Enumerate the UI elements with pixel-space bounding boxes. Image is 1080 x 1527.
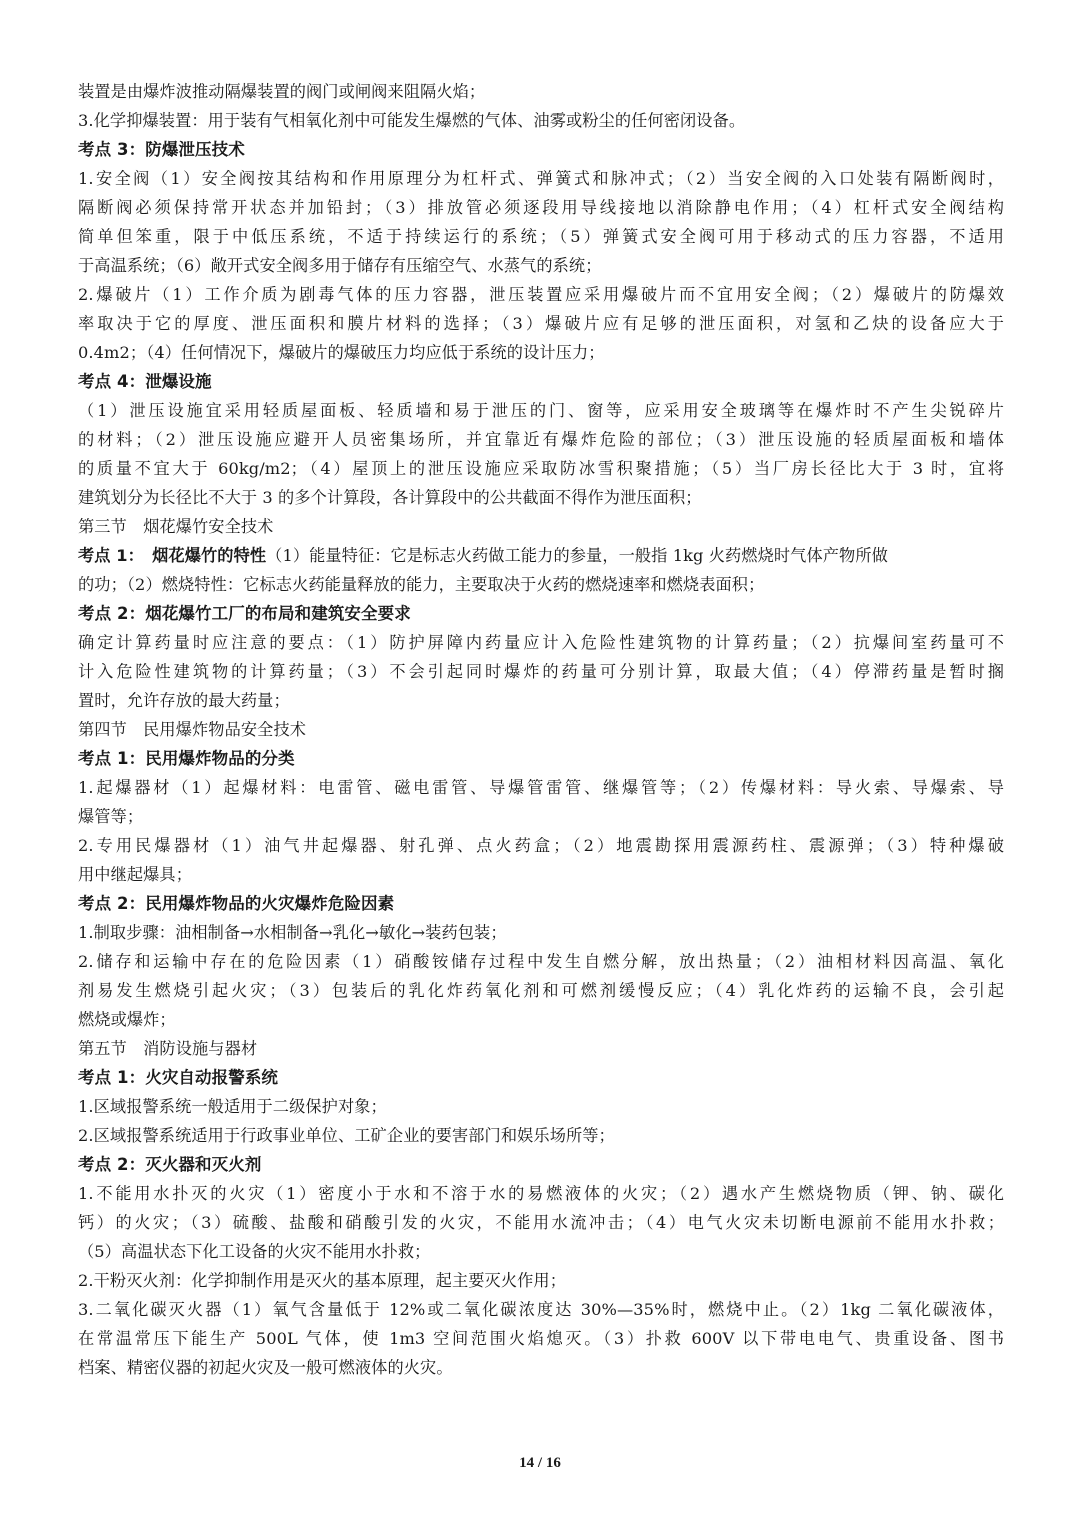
- text-line: 用中继起爆具；: [78, 861, 1004, 889]
- text-line: 1.起爆器材（1）起爆材料：电雷管、磁电雷管、导爆管雷管、继爆管等；（2）传爆材…: [78, 774, 1004, 802]
- text-line: 率取决于它的厚度、泄压面积和膜片材料的选择；（3）爆破片应有足够的泄压面积，对氢…: [78, 310, 1004, 338]
- text-line: 燃烧或爆炸；: [78, 1006, 1004, 1034]
- inline-heading: 考点 1： 烟花爆竹的特性: [78, 546, 266, 565]
- text-line: 1.制取步骤：油相制备→水相制备→乳化→敏化→装药包装；: [78, 919, 1004, 947]
- text-line: 的质量不宜大于 60kg/m2；（4）屋顶上的泄压设施应采取防冰雪积聚措施；（5…: [78, 455, 1004, 483]
- text-line: 1.安全阀（1）安全阀按其结构和作用原理分为杠杆式、弹簧式和脉冲式；（2）当安全…: [78, 165, 1004, 193]
- text-line: 置时，允许存放的最大药量；: [78, 687, 1004, 715]
- text-line: 确定计算药量时应注意的要点：（1）防护屏障内药量应计入危险性建筑物的计算药量；（…: [78, 629, 1004, 657]
- text-line: 1.区域报警系统一般适用于二级保护对象；: [78, 1093, 1004, 1121]
- text-line: 2.区域报警系统适用于行政事业单位、工矿企业的要害部门和娱乐场所等；: [78, 1122, 1004, 1150]
- text-line: 的材料；（2）泄压设施应避开人员密集场所，并宜靠近有爆炸危险的部位；（3）泄压设…: [78, 426, 1004, 454]
- section-heading: 考点 4：泄爆设施: [78, 368, 1004, 396]
- inline-text: （1）能量特征：它是标志火药做工能力的参量，一般指 1kg 火药燃烧时气体产物所…: [266, 546, 888, 565]
- text-line: 于高温系统；（6）敞开式安全阀多用于储存有压缩空气、水蒸气的系统；: [78, 252, 1004, 280]
- section-heading: 考点 2：灭火器和灭火剂: [78, 1151, 1004, 1179]
- section-heading: 考点 2：烟花爆竹工厂的布局和建筑安全要求: [78, 600, 1004, 628]
- section-heading: 考点 1：火灾自动报警系统: [78, 1064, 1004, 1092]
- text-line: 2.专用民爆器材（1）油气井起爆器、射孔弹、点火药盒；（2）地震勘探用震源药柱、…: [78, 832, 1004, 860]
- text-line: 计入危险性建筑物的计算药量；（3）不会引起同时爆炸的药量可分别计算，取最大值；（…: [78, 658, 1004, 686]
- text-line: 档案、精密仪器的初起火灾及一般可燃液体的火灾。: [78, 1354, 1004, 1382]
- text-line: 1.不能用水扑灭的火灾（1）密度小于水和不溶于水的易燃液体的火灾；（2）遇水产生…: [78, 1180, 1004, 1208]
- text-line: 爆管等；: [78, 803, 1004, 831]
- chapter-title: 第四节 民用爆炸物品安全技术: [78, 716, 1004, 744]
- text-line: 2.爆破片（1）工作介质为剧毒气体的压力容器，泄压装置应采用爆破片而不宜用安全阀…: [78, 281, 1004, 309]
- text-line: 2.储存和运输中存在的危险因素（1）硝酸铵储存过程中发生自燃分解，放出热量；（2…: [78, 948, 1004, 976]
- text-line: （5）高温状态下化工设备的火灾不能用水扑救；: [78, 1238, 1004, 1266]
- text-line: 钙）的火灾；（3）硫酸、盐酸和硝酸引发的火灾，不能用水流冲击；（4）电气火灾未切…: [78, 1209, 1004, 1237]
- section-heading: 考点 2：民用爆炸物品的火灾爆炸危险因素: [78, 890, 1004, 918]
- text-line: 在常温常压下能生产 500L 气体，使 1m3 空间范围火焰熄灭。（3）扑救 6…: [78, 1325, 1004, 1353]
- page-number: 14 / 16: [0, 1455, 1080, 1472]
- text-line: 3.化学抑爆装置：用于装有气相氧化剂中可能发生爆燃的气体、油雾或粉尘的任何密闭设…: [78, 107, 1004, 135]
- text-line: 2.干粉灭火剂：化学抑制作用是灭火的基本原理，起主要灭火作用；: [78, 1267, 1004, 1295]
- text-line: 隔断阀必须保持常开状态并加铅封；（3）排放管必须逐段用导线接地以消除静电作用；（…: [78, 194, 1004, 222]
- text-line: 的功；（2）燃烧特性：它标志火药能量释放的能力，主要取决于火药的燃烧速率和燃烧表…: [78, 571, 1004, 599]
- text-line-mixed: 考点 1： 烟花爆竹的特性（1）能量特征：它是标志火药做工能力的参量，一般指 1…: [78, 542, 1004, 570]
- text-line: 装置是由爆炸波推动隔爆装置的阀门或闸阀来阻隔火焰；: [78, 78, 1004, 106]
- text-line: 0.4m2；（4）任何情况下，爆破片的爆破压力均应低于系统的设计压力；: [78, 339, 1004, 367]
- chapter-title: 第三节 烟花爆竹安全技术: [78, 513, 1004, 541]
- text-line: 简单但笨重，限于中低压系统，不适于持续运行的系统；（5）弹簧式安全阀可用于移动式…: [78, 223, 1004, 251]
- chapter-title: 第五节 消防设施与器材: [78, 1035, 1004, 1063]
- section-heading: 考点 1：民用爆炸物品的分类: [78, 745, 1004, 773]
- text-line: 3.二氧化碳灭火器（1）氧气含量低于 12%或二氧化碳浓度达 30%—35%时，…: [78, 1296, 1004, 1324]
- text-line: 建筑划分为长径比不大于 3 的多个计算段，各计算段中的公共截面不得作为泄压面积；: [78, 484, 1004, 512]
- section-heading: 考点 3：防爆泄压技术: [78, 136, 1004, 164]
- text-line: （1）泄压设施宜采用轻质屋面板、轻质墙和易于泄压的门、窗等，应采用安全玻璃等在爆…: [78, 397, 1004, 425]
- text-line: 剂易发生燃烧引起火灾；（3）包装后的乳化炸药氧化剂和可燃剂缓慢反应；（4）乳化炸…: [78, 977, 1004, 1005]
